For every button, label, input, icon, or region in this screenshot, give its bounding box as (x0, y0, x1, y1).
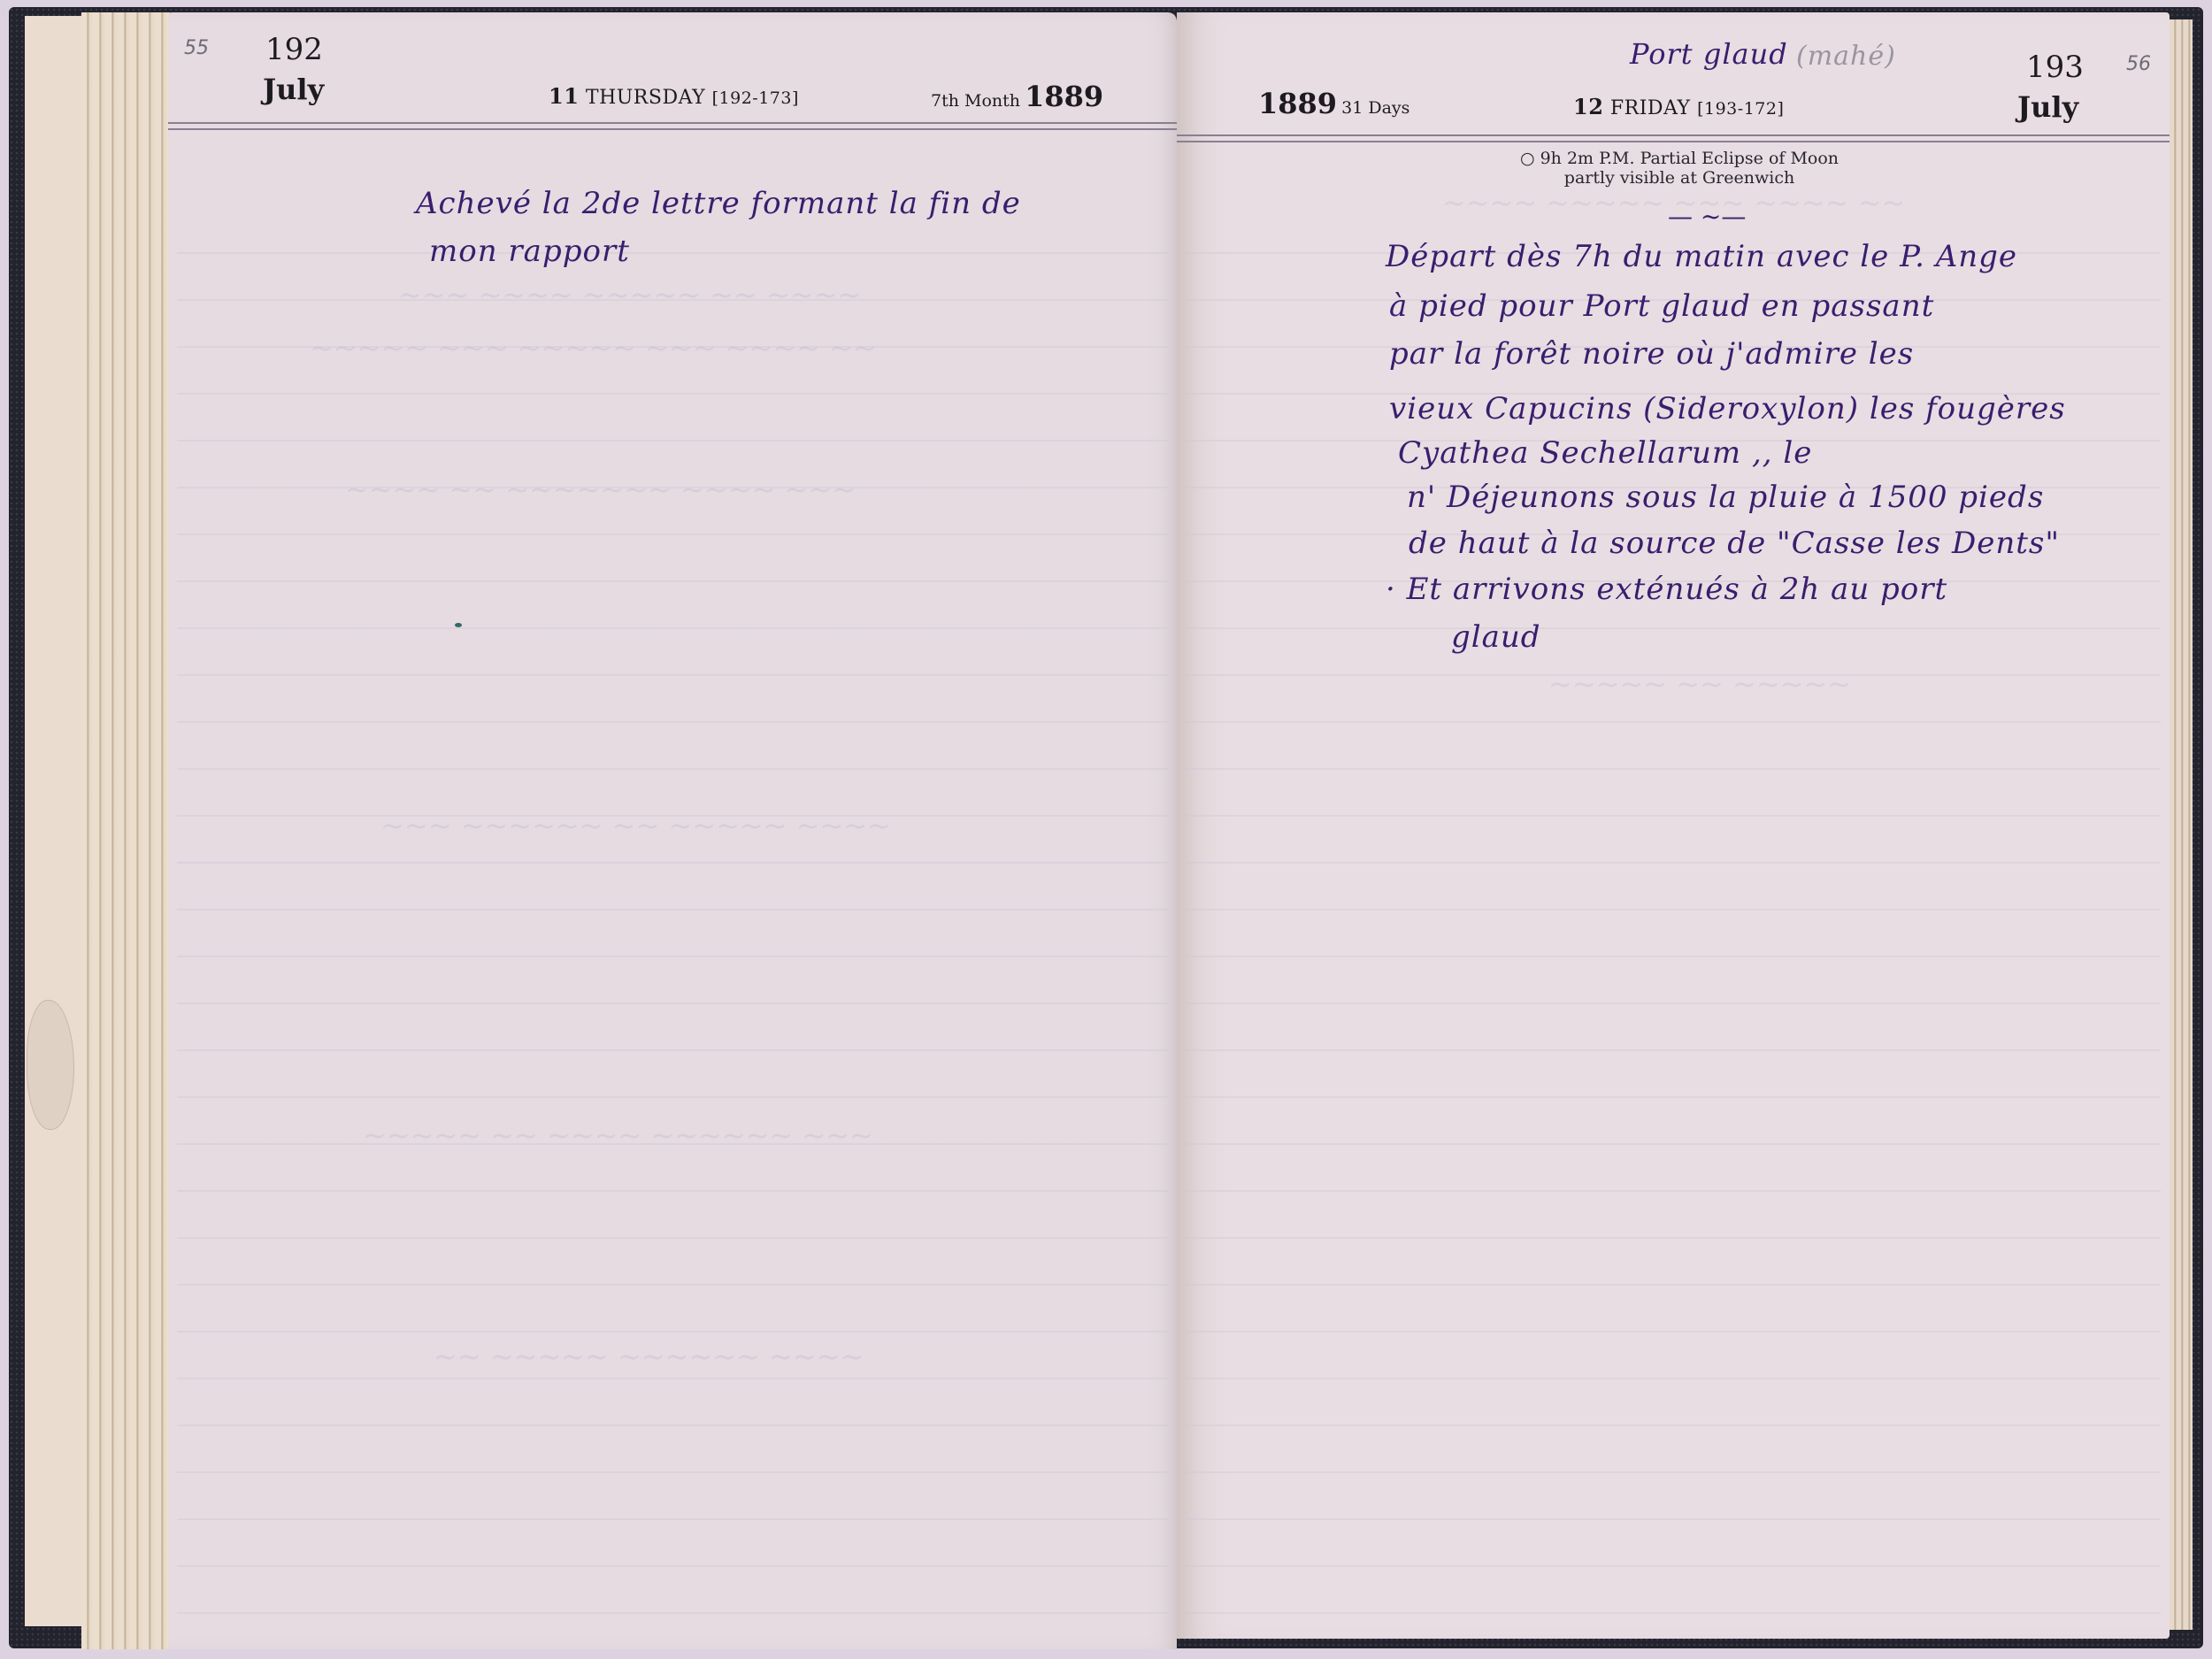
entry-line: n' Déjeunons sous la pluie à 1500 pieds (1407, 480, 2044, 515)
day-count: [192-173] (712, 88, 799, 108)
month-ordinal: 7th Month (931, 91, 1020, 111)
ruled-lines (177, 207, 1168, 1632)
eclipse-title: Partial Eclipse of Moon (1640, 149, 1839, 168)
place-heading: Port glaud (1630, 37, 1788, 71)
thumbprint-smudge (27, 1000, 74, 1130)
entry-line: Achevé la 2de lettre formant la fin de (416, 186, 1021, 221)
right-page: Port glaud (mahé) 193 56 July 1889 31 Da… (1177, 12, 2170, 1639)
show-through-text: ~~ ~~~~~ ~~~~~~ ~~~~ (434, 1340, 864, 1373)
entry-line: à pied pour Port glaud en passant (1389, 288, 1934, 324)
show-through-text: ~~~~~ ~~~ ~~~~~ ~~~ ~~~~ ~~ (310, 331, 877, 365)
day-number: 11 (549, 83, 579, 109)
page-stack-edges (81, 12, 170, 1649)
entry-line: glaud (1451, 619, 1541, 655)
day-number: 12 (1573, 94, 1603, 119)
show-through-text: ~~~~~ ~~ ~~~~~ (1548, 667, 1851, 701)
entry-line: par la forêt noire où j'admire les (1389, 336, 1914, 372)
left-page: 55 192 July 11 THURSDAY [192-173] 7th Mo… (168, 12, 1177, 1649)
page-number: 192 (265, 32, 323, 67)
entry-line: Cyathea Sechellarum ,, le (1398, 435, 1812, 471)
show-through-text: ~~~~ ~~ ~~~~~~~ ~~~~ ~~~ (345, 472, 856, 506)
day-heading: 11 THURSDAY [192-173] (549, 83, 799, 109)
entry-line: de haut à la source de "Casse les Dents" (1409, 526, 2060, 561)
ink-stain (455, 623, 462, 627)
month-year-heading: 7th Month 1889 (931, 80, 1103, 113)
endpaper (25, 16, 81, 1626)
show-through-text: ~~~ ~~~~~~ ~~ ~~~~~ ~~~~ (380, 809, 891, 842)
year-heading: 1889 31 Days (1258, 87, 1409, 120)
entry-line: · Et arrivons exténués à 2h au port (1386, 572, 1947, 607)
show-through-text: ~~~~~ ~~ ~~~~ ~~~~~~ ~~~ (363, 1118, 873, 1152)
show-through-text: ~~~~ ~~~~~ ~~~ ~~~~ ~~ (1442, 186, 1905, 219)
page-number: 193 (2026, 50, 2084, 85)
right-page-stack-edges (2170, 19, 2193, 1630)
year: 1889 (1025, 80, 1103, 113)
eclipse-time: 9h 2m P.M. (1540, 149, 1635, 168)
month-label: July (263, 73, 324, 106)
day-name: THURSDAY (586, 87, 705, 109)
month-label: July (2017, 90, 2078, 124)
entry-line: vieux Capucins (Sideroxylon) les fougère… (1389, 391, 2066, 426)
almanac-note: ○ 9h 2m P.M. Partial Eclipse of Moon par… (1502, 149, 1856, 188)
show-through-text: ~~~ ~~~~ ~~~~~ ~~ ~~~~ (398, 278, 861, 311)
pencil-folio: 56 (2126, 53, 2151, 75)
year: 1889 (1258, 87, 1337, 120)
day-count: [193-172] (1697, 99, 1784, 119)
day-name: FRIDAY (1610, 97, 1691, 119)
place-heading-pencil: (mahé) (1796, 41, 1896, 72)
days-in-month: 31 Days (1341, 98, 1409, 118)
day-heading: 12 FRIDAY [193-172] (1573, 94, 1784, 119)
entry-line: mon rapport (429, 234, 630, 269)
entry-line: Départ dès 7h du matin avec le P. Ange (1386, 239, 2017, 274)
header-double-rule (168, 122, 1177, 130)
header-double-rule (1177, 134, 2170, 142)
pencil-folio: 55 (184, 37, 209, 59)
eclipse-visibility: partly visible at Greenwich (1502, 168, 1856, 188)
moon-phase-icon: ○ (1520, 149, 1535, 168)
